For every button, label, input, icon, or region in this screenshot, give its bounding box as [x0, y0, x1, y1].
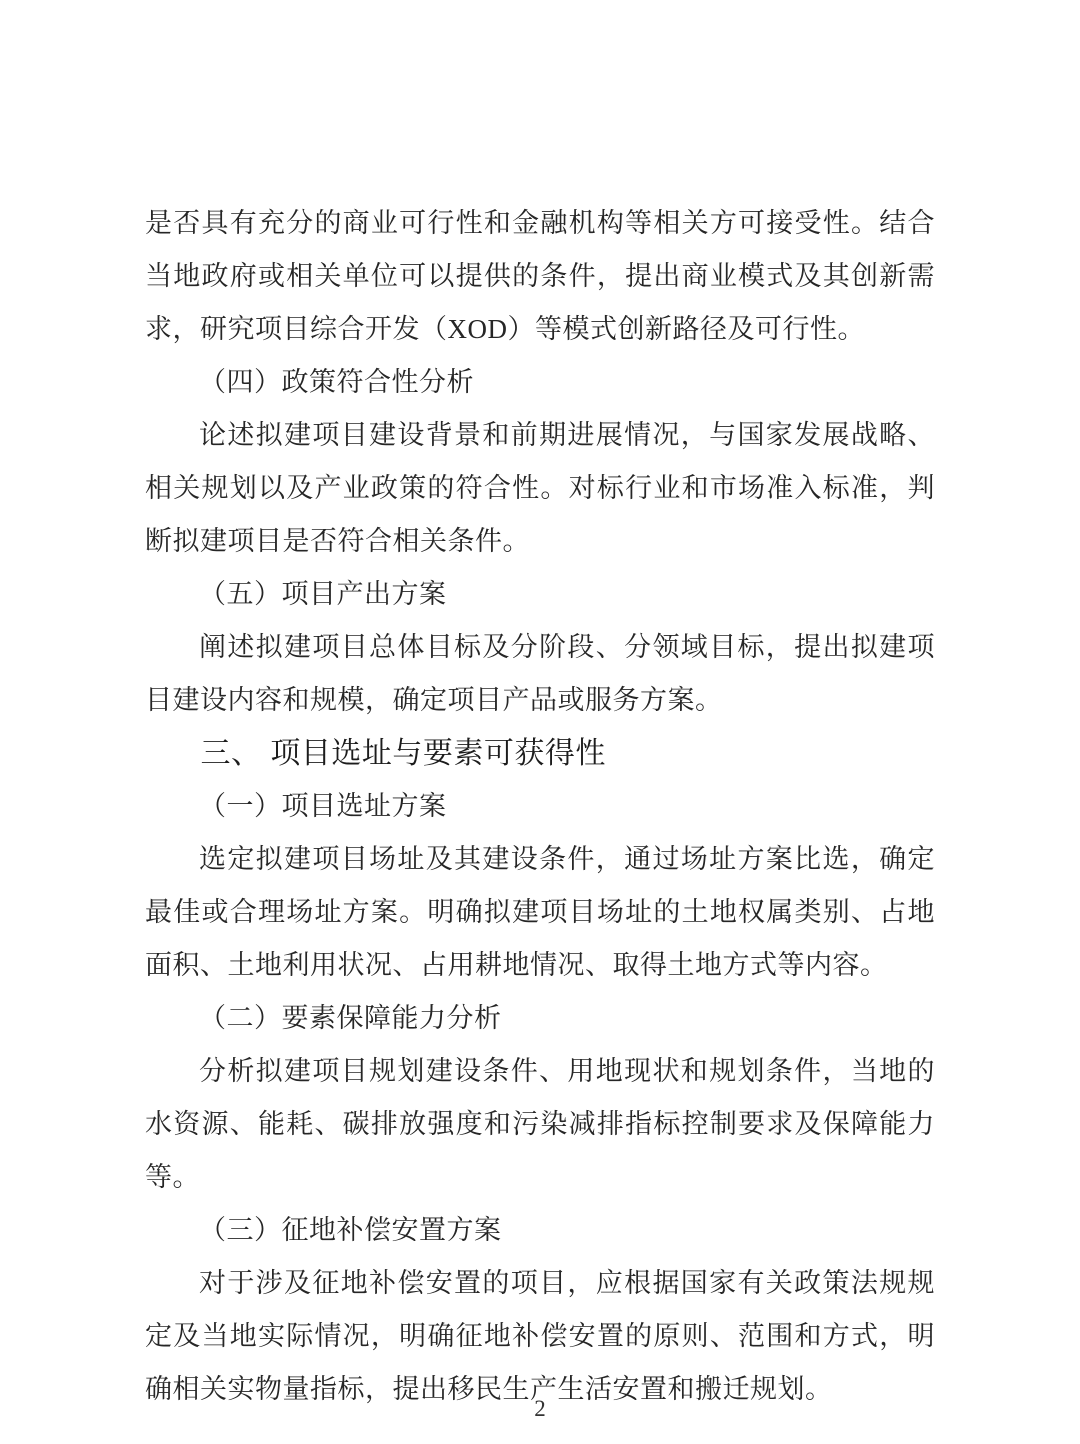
subheading-factor-guarantee-analysis: （二）要素保障能力分析 — [145, 992, 935, 1045]
para-land-compensation-resettlement-plan: 对于涉及征地补偿安置的项目，应根据国家有关政策法规规定及当地实际情况，明确征地补… — [145, 1257, 935, 1416]
subheading-site-selection-plan: （一）项目选址方案 — [145, 780, 935, 833]
para-commercial-feasibility-continuation: 是否具有充分的商业可行性和金融机构等相关方可接受性。结合当地政府或相关单位可以提… — [145, 197, 935, 356]
para-policy-compliance-analysis: 论述拟建项目建设背景和前期进展情况，与国家发展战略、相关规划以及产业政策的符合性… — [145, 409, 935, 568]
heading-site-selection-and-factor-availability: 三、 项目选址与要素可获得性 — [145, 727, 935, 780]
subheading-project-output-plan: （五）项目产出方案 — [145, 568, 935, 621]
subheading-land-compensation-resettlement-plan: （三）征地补偿安置方案 — [145, 1204, 935, 1257]
document-body: 是否具有充分的商业可行性和金融机构等相关方可接受性。结合当地政府或相关单位可以提… — [145, 197, 935, 1416]
para-site-selection-plan: 选定拟建项目场址及其建设条件，通过场址方案比选，确定最佳或合理场址方案。明确拟建… — [145, 833, 935, 992]
para-factor-guarantee-analysis: 分析拟建项目规划建设条件、用地现状和规划条件，当地的水资源、能耗、碳排放强度和污… — [145, 1045, 935, 1204]
document-page: 是否具有充分的商业可行性和金融机构等相关方可接受性。结合当地政府或相关单位可以提… — [0, 0, 1080, 1444]
page-number: 2 — [0, 1396, 1080, 1422]
para-project-output-plan: 阐述拟建项目总体目标及分阶段、分领域目标，提出拟建项目建设内容和规模，确定项目产… — [145, 621, 935, 727]
subheading-policy-compliance-analysis: （四）政策符合性分析 — [145, 356, 935, 409]
